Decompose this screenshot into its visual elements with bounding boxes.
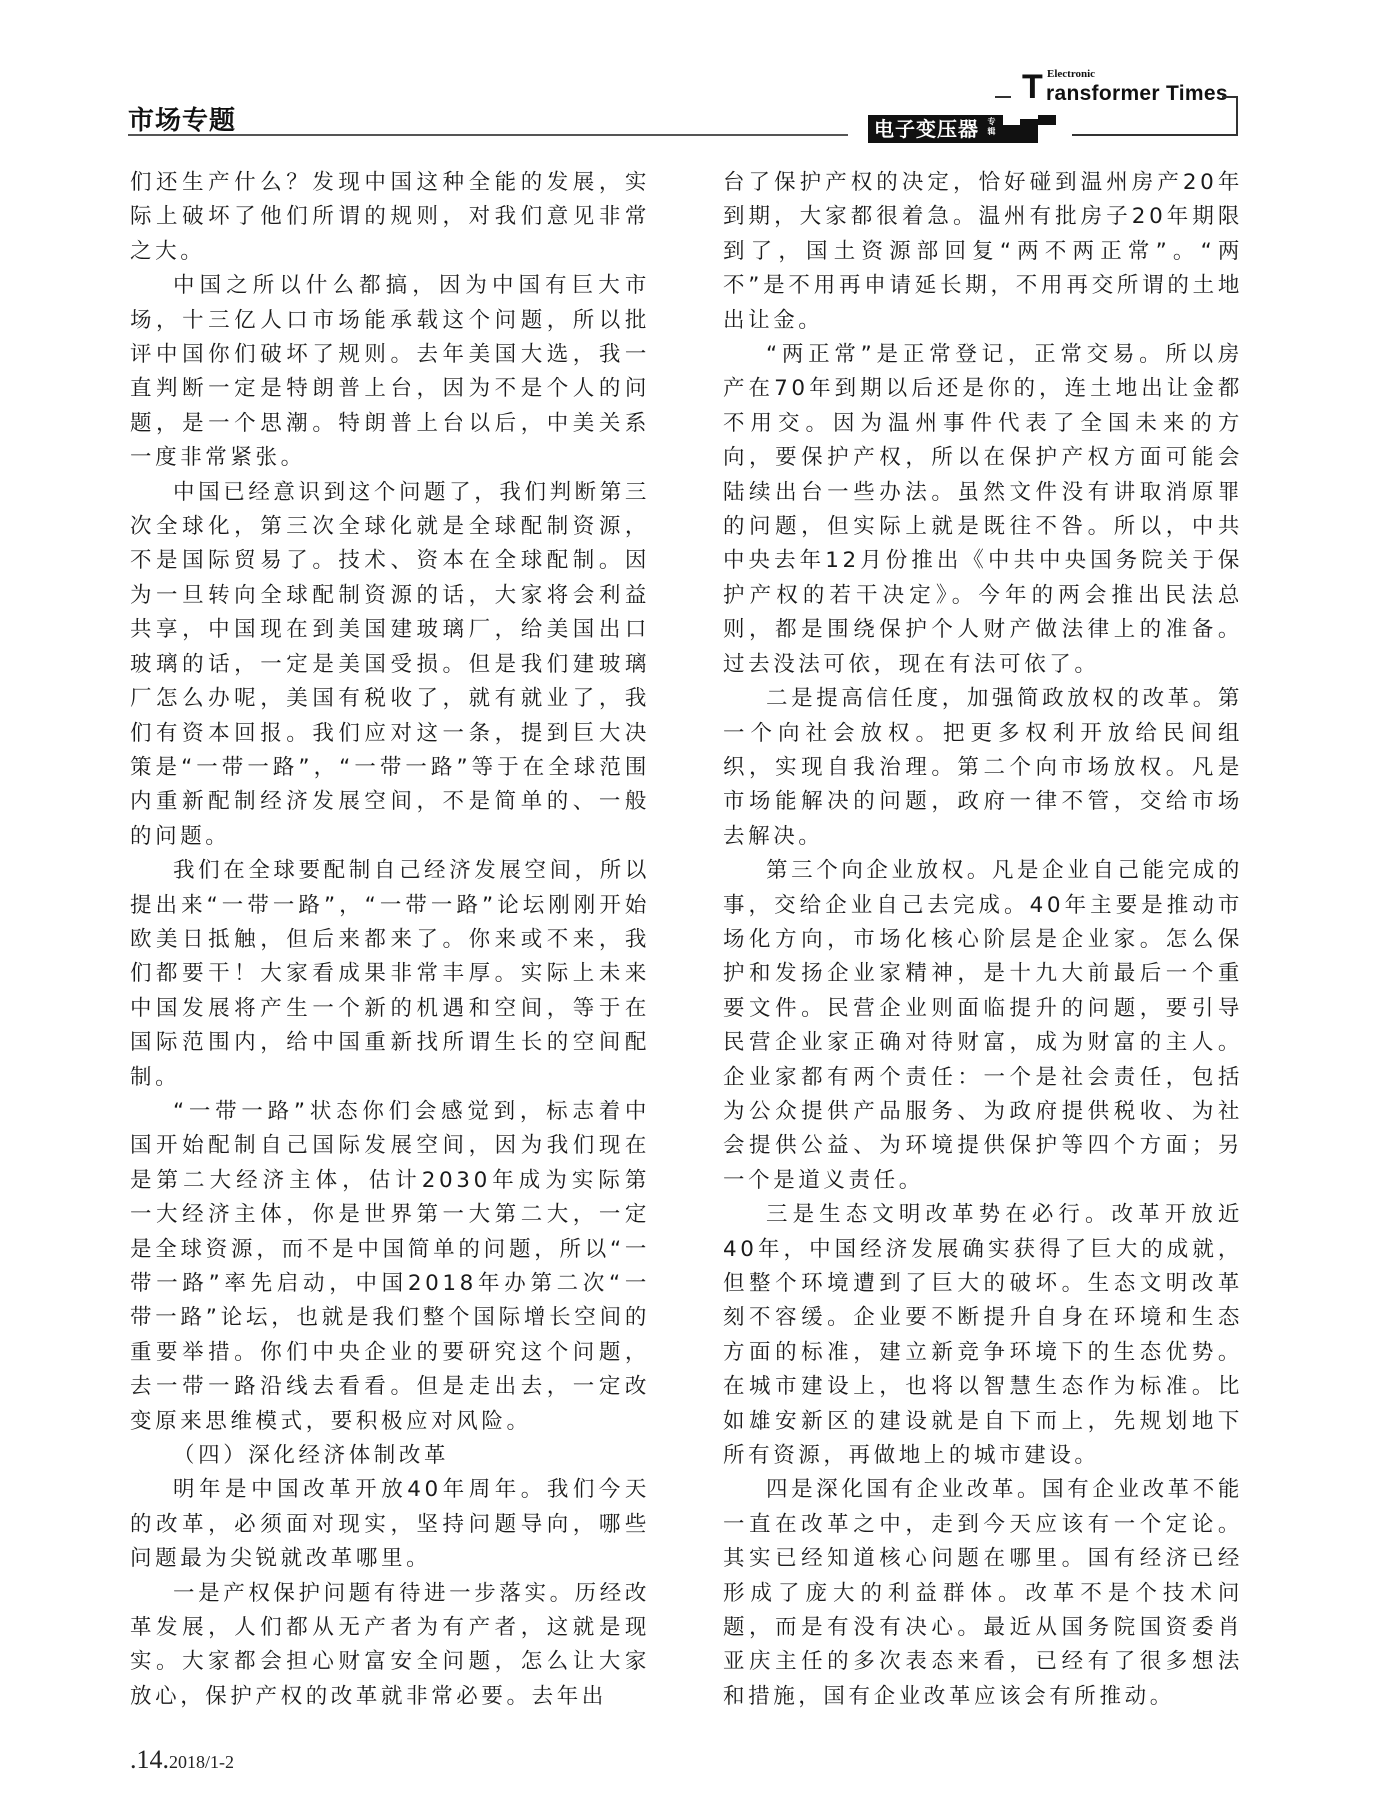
issue-date: 2018/1-2 [169, 1752, 234, 1772]
paragraph: 中国已经意识到这个问题了，我们判断第三次全球化，第三次全球化就是全球配制资源，不… [130, 476, 650, 854]
masthead-bracket-side [1236, 96, 1238, 136]
brand-subtitle: 专辑 [987, 117, 997, 137]
paragraph: 我们在全球要配制自己经济发展空间，所以提出来“一带一路”，“一带一路”论坛刚刚开… [130, 854, 650, 1095]
paragraph: 二是提高信任度，加强简政放权的改革。第一个向社会放权。把更多权利开放给民间组织，… [723, 682, 1243, 854]
masthead-dash [995, 96, 1011, 98]
article-column-left: 们还生产什么？发现中国这种全能的发展，实际上破坏了他们所谓的规则，对我们意见非常… [130, 166, 650, 1714]
magazine-page: 市场专题 电子变压器 专辑 T Electronic ransformer Ti… [0, 0, 1380, 1820]
article-column-right: 台了保护产权的决定，恰好碰到温州房产20年到期，大家都很着急。温州有批房子20年… [723, 166, 1243, 1714]
paragraph: 三是生态文明改革势在必行。改革开放近40年，中国经济发展确实获得了巨大的成就，但… [723, 1198, 1243, 1473]
paragraph: “两正常”是正常登记，正常交易。所以房产在70年到期以后还是你的，连土地出让金都… [723, 338, 1243, 682]
paragraph: 一是产权保护问题有待进一步落实。历经改革发展，人们都从无产者为有产者，这就是现实… [130, 1577, 650, 1715]
page-number: .14. [130, 1745, 169, 1774]
subsection-heading: （四）深化经济体制改革 [130, 1439, 650, 1473]
paragraph: 中国之所以什么都搞，因为中国有巨大市场，十三亿人口市场能承载这个问题，所以批评中… [130, 269, 650, 475]
paragraph: 们还生产什么？发现中国这种全能的发展，实际上破坏了他们所谓的规则，对我们意见非常… [130, 166, 650, 269]
masthead-initial: T [1022, 70, 1043, 104]
masthead-electronic: Electronic [1047, 68, 1095, 80]
paragraph: 第三个向企业放权。凡是企业自己能完成的事，交给企业自己去完成。40年主要是推动市… [723, 854, 1243, 1198]
section-title: 市场专题 [128, 100, 236, 137]
paragraph: 四是深化国有企业改革。国有企业改革不能一直在改革之中，走到今天应该有一个定论。其… [723, 1473, 1243, 1714]
brand-name: 电子变压器 [874, 117, 979, 141]
brand-step-decoration [1002, 115, 1056, 143]
header-rule-right [1072, 134, 1237, 136]
paragraph: 台了保护产权的决定，恰好碰到温州房产20年到期，大家都很着急。温州有批房子20年… [723, 166, 1243, 338]
paragraph: 明年是中国改革开放40年周年。我们今天的改革，必须面对现实，坚持问题导向，哪些问… [130, 1473, 650, 1576]
page-folio: .14.2018/1-2 [130, 1745, 234, 1775]
header-rule [128, 134, 848, 136]
brand-logo-block: 电子变压器 专辑 [868, 115, 1003, 143]
paragraph: “一带一路”状态你们会感觉到，标志着中国开始配制自己国际发展空间，因为我们现在是… [130, 1095, 650, 1439]
masthead-title: ransformer Times [1046, 82, 1228, 106]
